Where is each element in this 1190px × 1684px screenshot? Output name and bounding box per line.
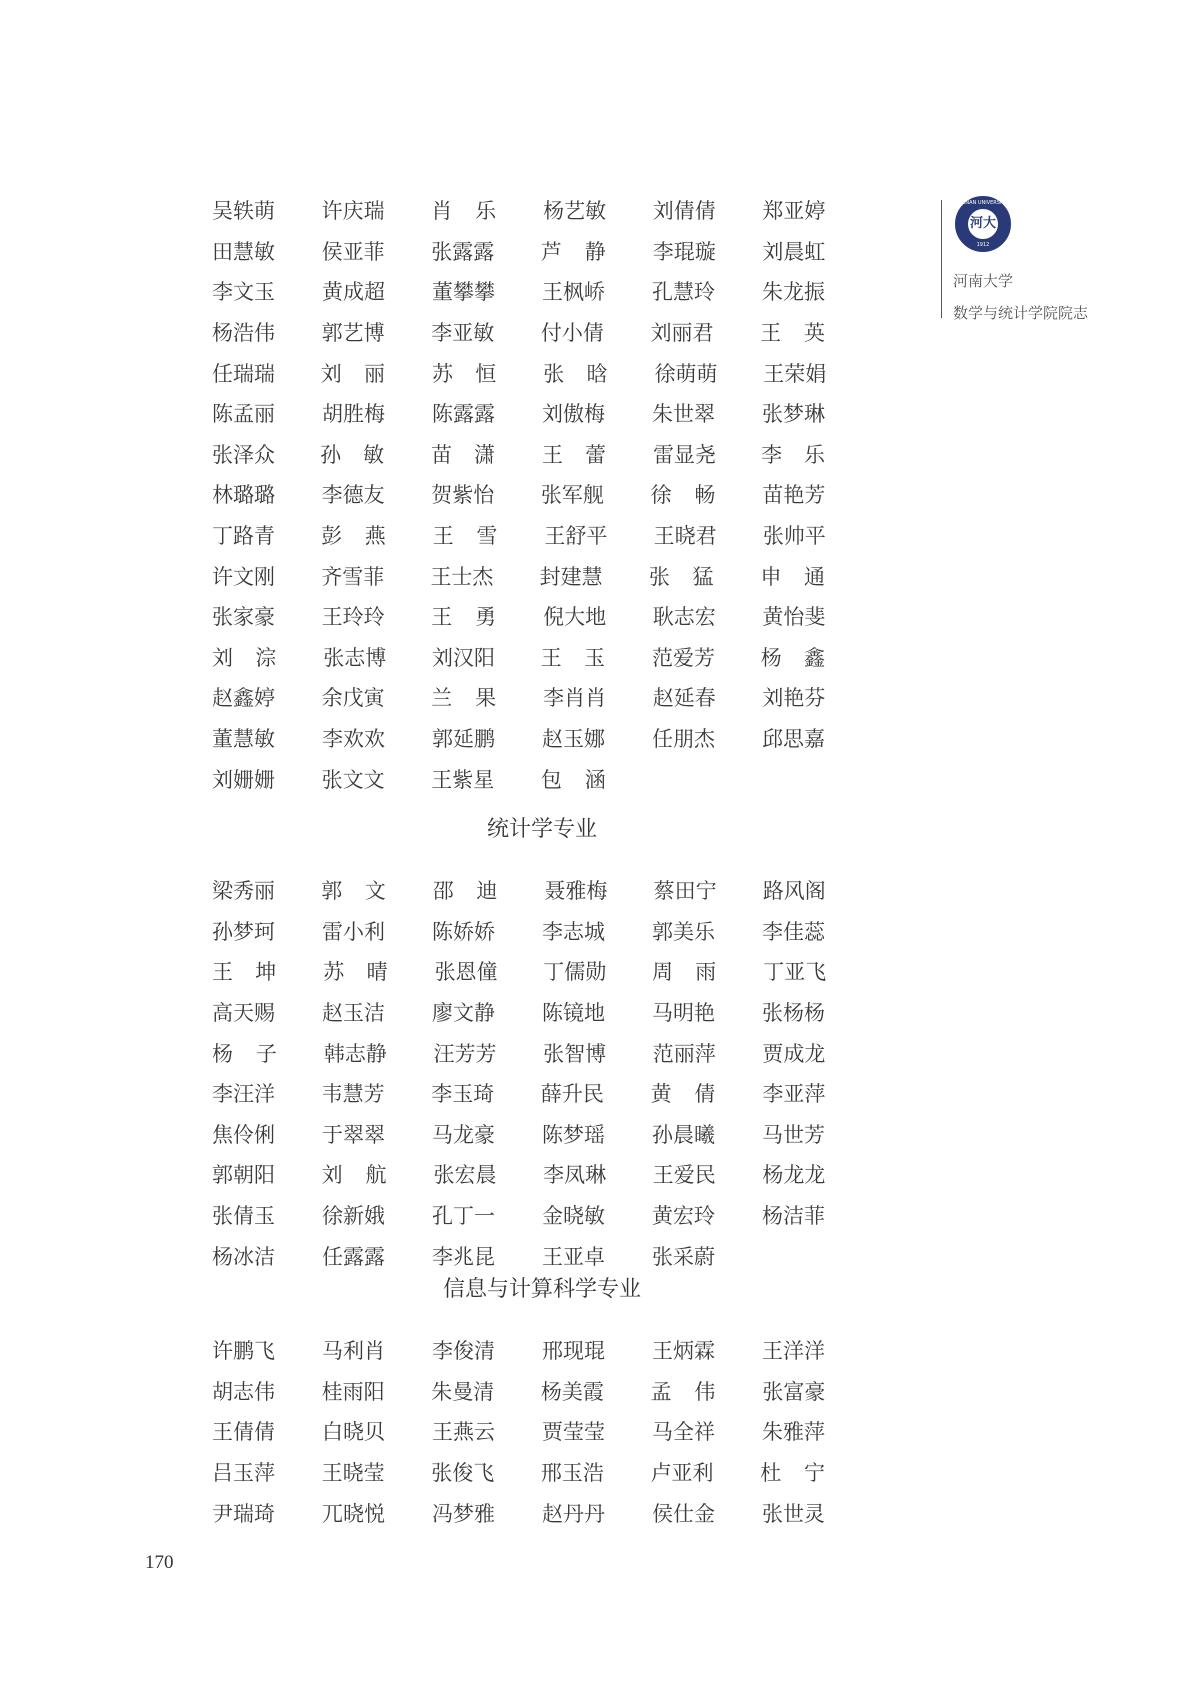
student-name: 韩志静 [324, 1038, 434, 1068]
student-name: 张世灵 [762, 1498, 872, 1528]
name-row: 尹瑞琦兀晓悦冯梦雅赵丹丹侯仕金张世灵 [212, 1492, 872, 1533]
student-name: 刘倩倩 [653, 195, 763, 225]
student-name: 任朋杰 [652, 723, 762, 753]
student-name: 张倩玉 [212, 1200, 322, 1230]
student-name: 刘傲梅 [542, 398, 652, 428]
student-name: 黄宏玲 [652, 1200, 762, 1230]
student-name: 陈镜地 [542, 997, 652, 1027]
student-name: 侯亚菲 [322, 236, 432, 266]
student-name: 冯梦雅 [432, 1498, 542, 1528]
student-name: 丁路青 [212, 520, 321, 550]
student-name: 赵延春 [653, 682, 763, 712]
student-name: 刘淙 [212, 642, 276, 672]
student-name: 耿志宏 [653, 601, 763, 631]
student-name: 刘艳芬 [762, 682, 872, 712]
student-name: 郭文 [321, 875, 386, 905]
student-name: 杨浩伟 [212, 317, 322, 347]
student-name: 李亚敏 [431, 317, 541, 347]
name-row: 李汪洋韦慧芳李玉琦薛升民黄倩李亚萍 [212, 1073, 872, 1114]
student-name: 王燕云 [432, 1416, 542, 1446]
logo-year: 1912 [957, 242, 1009, 248]
student-name: 刘汉阳 [432, 642, 541, 672]
student-name: 孟伟 [651, 1376, 716, 1406]
name-row: 张倩玉徐新娥孔丁一金晓敏黄宏玲杨洁菲 [212, 1195, 872, 1236]
student-name: 王雪 [433, 520, 498, 550]
student-name: 马全祥 [652, 1416, 762, 1446]
student-name: 焦伶俐 [212, 1119, 322, 1149]
name-row: 焦伶俐于翠翠马龙豪陈梦瑶孙晨曦马世芳 [212, 1114, 872, 1155]
student-name: 张家豪 [212, 601, 322, 631]
student-name: 刘晨虹 [762, 236, 872, 266]
student-name: 孔丁一 [432, 1200, 542, 1230]
student-name: 刘丽君 [651, 317, 761, 347]
university-name: 河南大学 [953, 270, 1013, 291]
student-name: 王舒平 [544, 520, 653, 550]
student-name: 丁儒勋 [543, 956, 652, 986]
student-name: 陈孟丽 [212, 398, 322, 428]
student-name: 李兆昆 [432, 1241, 542, 1271]
student-name: 廖文静 [432, 997, 542, 1027]
name-row: 王坤苏晴张恩僮丁儒勋周雨丁亚飞 [212, 951, 872, 992]
student-name: 兰果 [431, 682, 496, 712]
student-name: 马龙豪 [432, 1119, 542, 1149]
student-name: 黄倩 [651, 1078, 716, 1108]
student-name: 王洋洋 [762, 1335, 872, 1365]
student-name: 王玲玲 [322, 601, 432, 631]
student-name: 刘航 [322, 1159, 387, 1189]
student-name: 王倩倩 [212, 1416, 322, 1446]
student-name: 黄怡斐 [762, 601, 872, 631]
student-name: 路风阁 [763, 875, 872, 905]
student-name: 吕玉萍 [212, 1457, 322, 1487]
student-name: 李汪洋 [212, 1078, 322, 1108]
student-name: 赵玉洁 [322, 997, 432, 1027]
student-name: 王枫峤 [542, 276, 652, 306]
student-name: 王蕾 [542, 439, 606, 469]
student-name: 肖乐 [431, 195, 496, 225]
name-row: 董慧敏李欢欢郭延鹏赵玉娜任朋杰邱思嘉 [212, 718, 872, 759]
student-name: 桂雨阳 [322, 1376, 432, 1406]
student-name: 王晓莹 [322, 1457, 432, 1487]
student-name: 郭朝阳 [212, 1159, 322, 1189]
student-name: 张泽众 [212, 439, 320, 469]
student-name: 彭燕 [321, 520, 386, 550]
student-name: 倪大地 [543, 601, 653, 631]
student-name: 杜宁 [760, 1457, 825, 1487]
student-name: 王士杰 [430, 561, 539, 591]
student-name: 高天赐 [212, 997, 322, 1027]
name-row: 郭朝阳刘航张宏晨李凤琳王爱民杨龙龙 [212, 1154, 872, 1195]
student-name: 李佳蕊 [762, 916, 872, 946]
student-name: 张杨杨 [762, 997, 872, 1027]
student-name: 范丽萍 [653, 1038, 763, 1068]
student-name: 薛升民 [541, 1078, 651, 1108]
logo-glyph: 河大 [966, 207, 1000, 241]
section-heading: 信息与计算科学专业 [212, 1272, 872, 1303]
student-name: 张智博 [543, 1038, 653, 1068]
name-row: 孙梦珂雷小利陈娇娇李志城郭美乐李佳蕊 [212, 911, 872, 952]
name-row: 胡志伟桂雨阳朱曼清杨美霞孟伟张富豪 [212, 1371, 872, 1412]
student-name: 李玉琦 [431, 1078, 541, 1108]
student-name: 郑亚婷 [762, 195, 872, 225]
name-row: 杨子韩志静汪芳芳张智博范丽萍贾成龙 [212, 1032, 872, 1073]
student-name: 张文文 [322, 764, 432, 794]
student-name: 聂雅梅 [544, 875, 653, 905]
name-row: 许文刚齐雪菲王士杰封建慧张猛申通 [212, 555, 872, 596]
student-name: 蔡田宁 [654, 875, 763, 905]
student-name: 李德友 [322, 479, 432, 509]
name-grid: 梁秀丽郭文邵迪聂雅梅蔡田宁路风阁孙梦珂雷小利陈娇娇李志城郭美乐李佳蕊王坤苏晴张恩… [212, 870, 872, 1276]
student-name: 汪芳芳 [433, 1038, 543, 1068]
student-name: 赵丹丹 [542, 1498, 652, 1528]
sidebar-divider [941, 200, 942, 318]
student-name: 刘姗姗 [212, 764, 322, 794]
student-name: 苏晴 [323, 956, 387, 986]
name-row: 任瑞瑞刘丽苏恒张晗徐萌萌王荣娟 [212, 352, 872, 393]
student-name: 周雨 [652, 956, 716, 986]
student-name: 朱曼清 [431, 1376, 541, 1406]
student-name: 卢亚利 [651, 1457, 761, 1487]
name-row: 赵鑫婷余戊寅兰果李肖肖赵延春刘艳芬 [212, 677, 872, 718]
student-name: 黄成超 [322, 276, 432, 306]
student-name: 张猛 [649, 561, 714, 591]
student-name: 尹瑞琦 [212, 1498, 322, 1528]
student-name: 朱世翠 [652, 398, 762, 428]
student-name: 梁秀丽 [212, 875, 321, 905]
name-row: 刘淙张志博刘汉阳王玉范爱芳杨鑫 [212, 637, 872, 678]
student-name: 王荣娟 [763, 358, 872, 388]
name-grid: 吴轶萌许庆瑞肖乐杨艺敏刘倩倩郑亚婷田慧敏侯亚菲张露露芦静李琨璇刘晨虹李文玉黄成超… [212, 190, 872, 799]
student-name: 雷显尧 [653, 439, 761, 469]
student-name: 张帅平 [763, 520, 872, 550]
student-name: 孙晨曦 [652, 1119, 762, 1149]
student-name: 李亚萍 [762, 1078, 872, 1108]
student-name: 孙敏 [320, 439, 384, 469]
student-name: 田慧敏 [212, 236, 322, 266]
student-name: 邢现琨 [542, 1335, 652, 1365]
student-name: 赵玉娜 [542, 723, 652, 753]
student-name: 杨子 [212, 1038, 277, 1068]
student-name: 李俊清 [432, 1335, 542, 1365]
name-row: 林璐璐李德友贺紫怡张军舰徐畅苗艳芳 [212, 474, 872, 515]
student-name: 朱雅萍 [762, 1416, 872, 1446]
student-name: 杨美霞 [541, 1376, 651, 1406]
student-name: 赵鑫婷 [212, 682, 322, 712]
student-name: 王晓君 [654, 520, 763, 550]
student-name: 孙梦珂 [212, 916, 322, 946]
student-name: 张梦琳 [762, 398, 872, 428]
name-row: 丁路青彭燕王雪王舒平王晓君张帅平 [212, 515, 872, 556]
student-name: 许鹏飞 [212, 1335, 322, 1365]
name-row: 高天赐赵玉洁廖文静陈镜地马明艳张杨杨 [212, 992, 872, 1033]
student-name: 刘丽 [321, 358, 385, 388]
student-name: 李凤琳 [543, 1159, 653, 1189]
student-name: 陈梦瑶 [542, 1119, 652, 1149]
name-row: 张家豪王玲玲王勇倪大地耿志宏黄怡斐 [212, 596, 872, 637]
student-name: 胡胜梅 [322, 398, 432, 428]
name-row: 杨冰洁任露露李兆昆王亚卓张采蔚 [212, 1235, 872, 1276]
student-name: 侯仕金 [652, 1498, 762, 1528]
name-row: 张泽众孙敏苗潇王蕾雷显尧李乐 [212, 434, 872, 475]
student-name: 邱思嘉 [762, 723, 872, 753]
name-grid: 许鹏飞马利肖李俊清邢现琨王炳霖王洋洋胡志伟桂雨阳朱曼清杨美霞孟伟张富豪王倩倩白晓… [212, 1330, 872, 1533]
student-name: 郭艺博 [322, 317, 432, 347]
name-row: 李文玉黄成超董攀攀王枫峤孔慧玲朱龙振 [212, 271, 872, 312]
student-name: 齐雪菲 [321, 561, 430, 591]
student-name: 徐新娥 [322, 1200, 432, 1230]
student-name: 李乐 [761, 439, 825, 469]
student-name: 白晓贝 [322, 1416, 432, 1446]
student-name: 王炳霖 [652, 1335, 762, 1365]
student-name: 王紫星 [431, 764, 541, 794]
name-row: 许鹏飞马利肖李俊清邢现琨王炳霖王洋洋 [212, 1330, 872, 1371]
student-name: 郭美乐 [652, 916, 762, 946]
student-name: 李肖肖 [543, 682, 653, 712]
name-row: 刘姗姗张文文王紫星包涵 [212, 758, 872, 799]
student-name: 申通 [760, 561, 825, 591]
student-name: 马明艳 [652, 997, 762, 1027]
student-name: 金晓敏 [542, 1200, 652, 1230]
student-name: 杨龙龙 [762, 1159, 872, 1189]
student-name: 张志博 [323, 642, 432, 672]
name-row: 吴轶萌许庆瑞肖乐杨艺敏刘倩倩郑亚婷 [212, 190, 872, 231]
book-title: 数学与统计学院院志 [953, 302, 1088, 323]
section-heading: 统计学专业 [212, 812, 872, 843]
name-row: 王倩倩白晓贝王燕云贾莹莹马全祥朱雅萍 [212, 1411, 872, 1452]
student-name: 封建慧 [540, 561, 649, 591]
student-name: 孔慧玲 [652, 276, 762, 306]
student-name: 李琨璇 [653, 236, 763, 266]
student-name: 徐畅 [651, 479, 716, 509]
university-logo-icon: HENAN UNIVERSITY 河大 1912 [955, 196, 1011, 252]
student-name: 张恩僮 [435, 956, 544, 986]
student-name: 张晗 [543, 358, 607, 388]
student-name: 张军舰 [541, 479, 651, 509]
student-name: 朱龙振 [762, 276, 872, 306]
student-name: 任露露 [322, 1241, 432, 1271]
student-name: 董攀攀 [432, 276, 542, 306]
student-name: 包涵 [541, 764, 606, 794]
student-name: 韦慧芳 [322, 1078, 432, 1108]
student-name: 陈露露 [432, 398, 542, 428]
student-name: 李文玉 [212, 276, 322, 306]
student-name: 贾莹莹 [542, 1416, 652, 1446]
name-row: 田慧敏侯亚菲张露露芦静李琨璇刘晨虹 [212, 231, 872, 272]
student-name: 董慧敏 [212, 723, 322, 753]
student-name: 邢玉浩 [541, 1457, 651, 1487]
student-name: 许文刚 [212, 561, 321, 591]
student-name: 杨冰洁 [212, 1241, 322, 1271]
student-name: 张宏晨 [433, 1159, 543, 1189]
student-name: 任瑞瑞 [212, 358, 321, 388]
student-name: 张露露 [431, 236, 541, 266]
student-name: 许庆瑞 [322, 195, 432, 225]
student-name: 范爱芳 [652, 642, 761, 672]
student-name: 李欢欢 [322, 723, 432, 753]
student-name: 芦静 [541, 236, 606, 266]
student-name: 丁亚飞 [763, 956, 872, 986]
student-name: 徐萌萌 [655, 358, 764, 388]
student-name: 郭延鹏 [432, 723, 542, 753]
student-name: 张采蔚 [652, 1241, 762, 1271]
student-name: 雷小利 [322, 916, 432, 946]
student-name: 余戊寅 [322, 682, 432, 712]
student-name: 苗潇 [431, 439, 495, 469]
name-row: 吕玉萍王晓莹张俊飞邢玉浩卢亚利杜宁 [212, 1452, 872, 1493]
student-name: 吴轶萌 [212, 195, 322, 225]
student-name: 马利肖 [322, 1335, 432, 1365]
student-name: 王爱民 [653, 1159, 763, 1189]
student-name: 李志城 [542, 916, 652, 946]
page-number: 170 [145, 1552, 174, 1574]
student-name: 张富豪 [762, 1376, 872, 1406]
student-name: 付小倩 [541, 317, 651, 347]
student-name: 苏恒 [432, 358, 496, 388]
student-name: 陈娇娇 [432, 916, 542, 946]
student-name: 于翠翠 [322, 1119, 432, 1149]
student-name: 杨洁菲 [762, 1200, 872, 1230]
name-row: 陈孟丽胡胜梅陈露露刘傲梅朱世翠张梦琳 [212, 393, 872, 434]
student-name: 杨艺敏 [543, 195, 653, 225]
student-name: 邵迪 [433, 875, 498, 905]
student-name: 王亚卓 [542, 1241, 652, 1271]
student-name: 王英 [760, 317, 825, 347]
name-row: 杨浩伟郭艺博李亚敏付小倩刘丽君王英 [212, 312, 872, 353]
student-name: 林璐璐 [212, 479, 322, 509]
student-name: 贾成龙 [762, 1038, 872, 1068]
student-name: 贺紫怡 [431, 479, 541, 509]
student-name: 王坤 [212, 956, 276, 986]
student-name: 杨鑫 [761, 642, 825, 672]
student-name: 苗艳芳 [762, 479, 872, 509]
name-row: 梁秀丽郭文邵迪聂雅梅蔡田宁路风阁 [212, 870, 872, 911]
student-name: 王勇 [431, 601, 496, 631]
student-name: 兀晓悦 [322, 1498, 432, 1528]
student-name: 马世芳 [762, 1119, 872, 1149]
student-name: 胡志伟 [212, 1376, 322, 1406]
student-name: 王玉 [541, 642, 605, 672]
student-name: 张俊飞 [431, 1457, 541, 1487]
